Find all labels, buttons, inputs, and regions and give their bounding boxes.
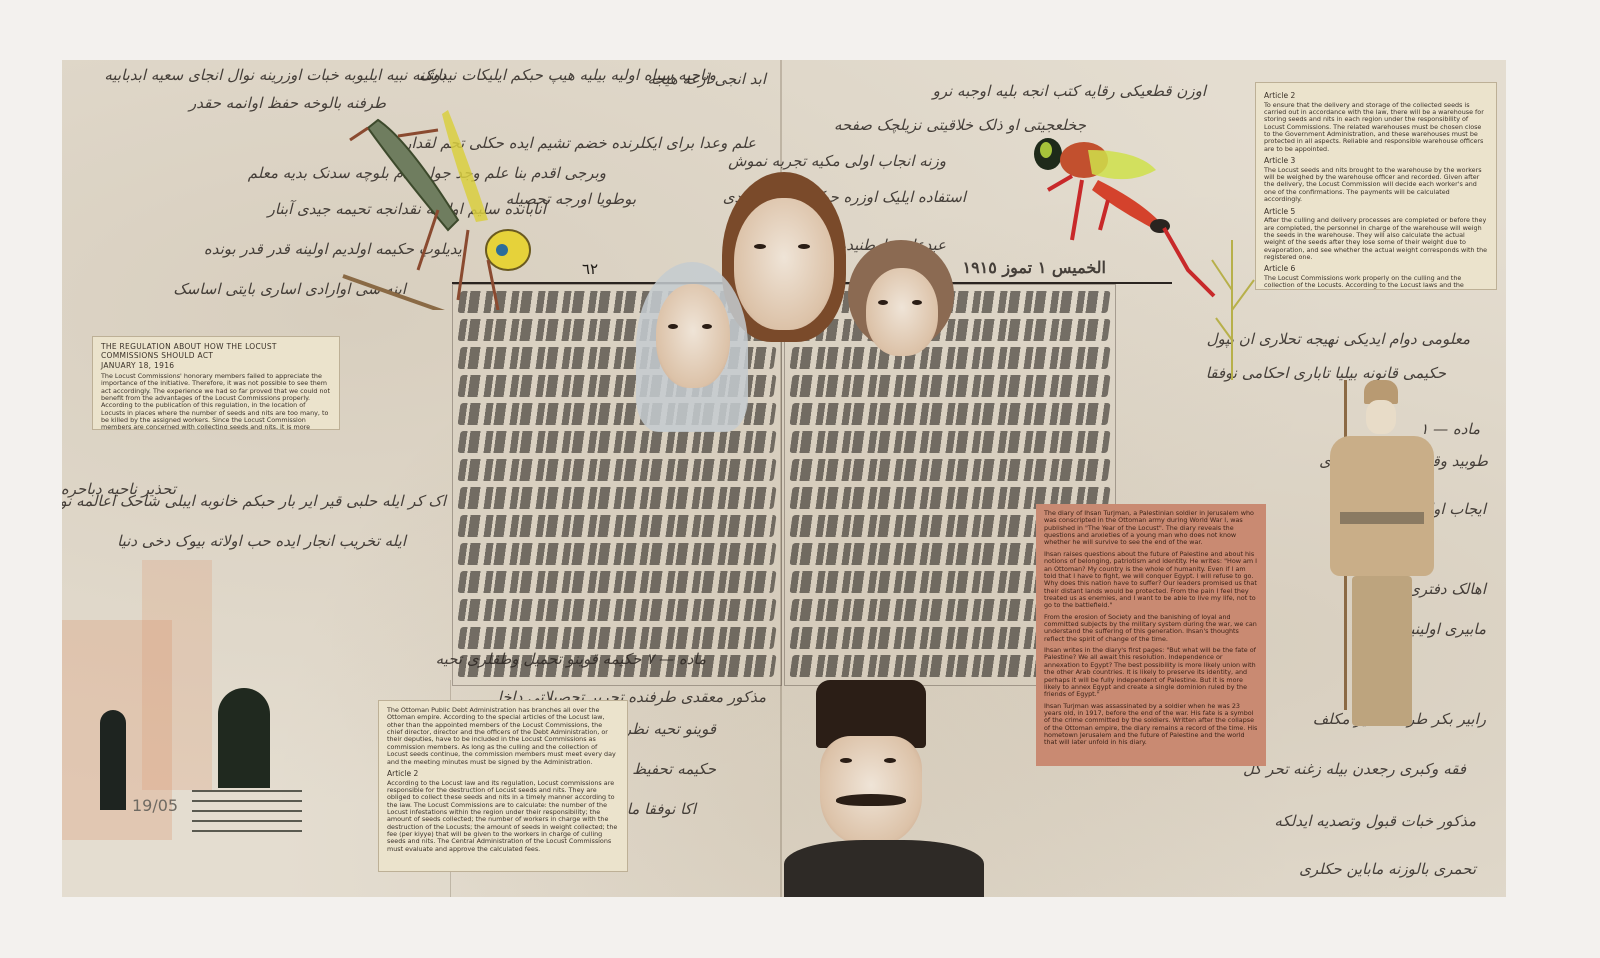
article-body: The Locust seeds and nits brought to the…	[1264, 167, 1488, 204]
portrait-center-woman	[734, 198, 834, 330]
article-heading: Article 6	[1264, 265, 1488, 274]
regulation-date: JANUARY 18, 1916	[101, 362, 331, 371]
locust-icon	[338, 100, 538, 310]
diary-paragraph: From the erosion of Society and the bani…	[1044, 614, 1258, 643]
public-debt-body: The Ottoman Public Debt Administration h…	[387, 707, 619, 766]
uniform	[784, 840, 984, 897]
officer-portrait	[784, 680, 984, 897]
diary-paragraph: The diary of Ihsan Turjman, a Palestinia…	[1044, 510, 1258, 547]
article-heading: Article 2	[387, 770, 619, 779]
article-heading: Article 2	[1264, 92, 1488, 101]
wasp-icon	[1028, 130, 1228, 310]
diary-paragraph: Ihsan writes in the diary's first pages:…	[1044, 647, 1258, 699]
ihsan-diary-note: The diary of Ihsan Turjman, a Palestinia…	[1036, 504, 1266, 766]
stairs	[192, 790, 302, 840]
article-heading: Article 5	[1264, 208, 1488, 217]
three-women-portraits	[622, 172, 942, 432]
regulation-note: THE REGULATION ABOUT HOW THE LOCUST COMM…	[92, 336, 340, 430]
public-debt-article-body: According to the Locust law and its regu…	[387, 780, 619, 854]
article-body: To ensure that the delivery and storage …	[1264, 102, 1488, 154]
script-line: وزنه انجاب اولی مکیه تجربه نموش	[728, 152, 946, 170]
plant-icon	[1202, 230, 1262, 380]
portrait-right-woman	[866, 268, 938, 356]
portrait-left-woman	[656, 284, 730, 388]
script-line: فقه وکبری رجعدن بیله زغنه تحر کل	[1243, 760, 1466, 778]
diary-paragraph: Ihsan Turjman was assassinated by a sold…	[1044, 703, 1258, 747]
jerusalem-street-sketch: 19/05	[62, 540, 362, 840]
script-line: باشنه نبیه ایلیوبه خبات اوزرینه نوال انج…	[104, 66, 446, 84]
script-line: تحمری بالوزنه ماباین حکلری	[1299, 860, 1476, 878]
public-debt-note: The Ottoman Public Debt Administration h…	[378, 700, 628, 872]
officer-face	[820, 736, 922, 846]
script-line: اوزن قطعیکی رقایه کتب انجه بلیه اوجبه نر…	[933, 82, 1206, 100]
article-heading: Article 3	[1264, 157, 1488, 166]
arched-doorway	[100, 710, 126, 810]
diary-paragraph: Ihsan raises questions about the future …	[1044, 551, 1258, 610]
ammo-belt	[1340, 512, 1424, 524]
regulation-body: The Locust Commissions' honorary members…	[101, 373, 331, 430]
article-body: The Locust Commissions work properly on …	[1264, 275, 1488, 290]
script-line: ماده — ٧ حکیمه قوینو تحمیل وطقلری تحیه	[436, 650, 706, 668]
articles-note: Article 2 To ensure that the delivery an…	[1255, 82, 1497, 290]
soldier-face	[1366, 400, 1396, 434]
legs	[1352, 576, 1412, 726]
hijri-number: ٦٢	[582, 260, 598, 278]
script-line: ابد انجی ازغه هیجه	[647, 70, 766, 88]
artwork-canvas: باشنه نبیه ایلیوبه خبات اوزرینه نوال انج…	[62, 60, 1506, 897]
regulation-title: THE REGULATION ABOUT HOW THE LOCUST COMM…	[101, 343, 331, 360]
article-body: After the culling and delivery processes…	[1264, 217, 1488, 261]
script-line: مذکور خبات قبول وتصدیه ایدلکه	[1274, 812, 1476, 830]
tunic	[1330, 436, 1434, 576]
script-line: اک کر ایله حلبی قیر ایر بار حبکم خانوبه …	[62, 492, 446, 510]
standing-soldier	[1318, 380, 1448, 730]
dark-archway	[218, 688, 270, 788]
sketch-date: 19/05	[132, 796, 178, 815]
